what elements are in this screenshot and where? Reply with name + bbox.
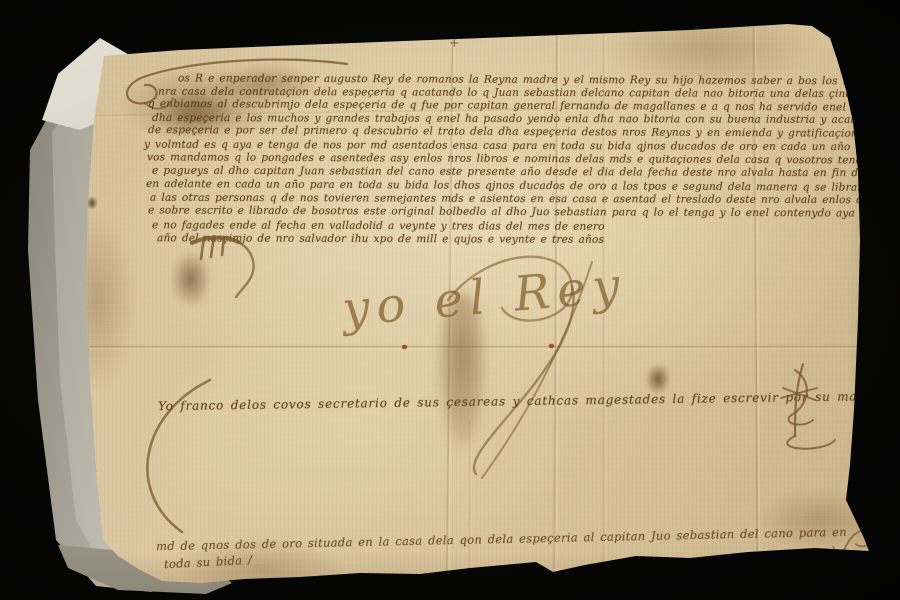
secretary-rubric-icon xyxy=(765,360,845,455)
docket-rubric-icon xyxy=(838,520,878,560)
top-cross-mark: + xyxy=(449,36,460,51)
royal-signature: yo el Rey xyxy=(330,228,700,488)
manuscript-photo: + os R e enperador senper augusto Rey de… xyxy=(0,0,900,600)
paraph-blot-icon xyxy=(186,233,276,303)
paper-sheet: + os R e enperador senper augusto Rey de… xyxy=(0,0,900,600)
docket-mark: — pº nys / xyxy=(470,566,534,579)
